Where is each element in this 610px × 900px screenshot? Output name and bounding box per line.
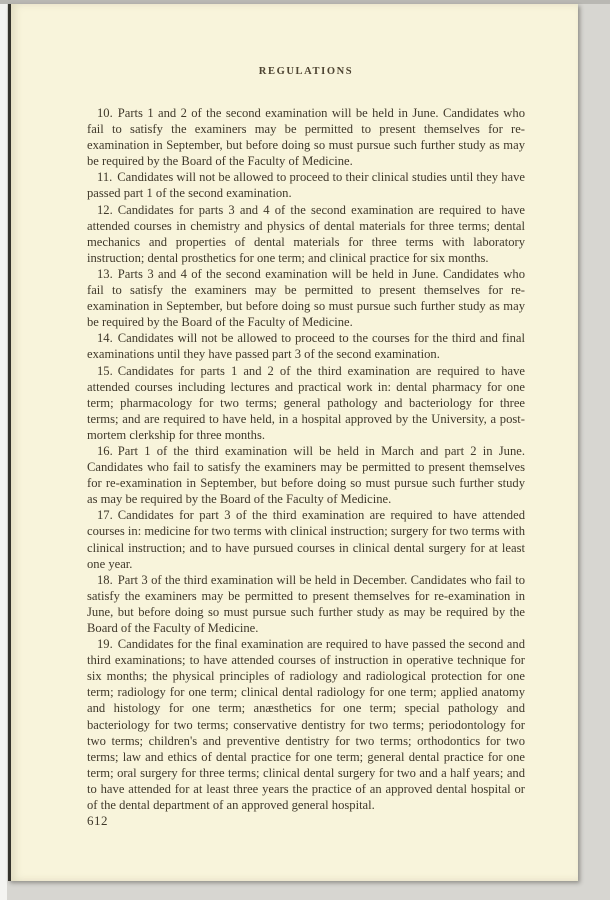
paragraph-text: Parts 3 and 4 of the second examination … [87, 267, 525, 329]
regulation-paragraph-11: 11.Candidates will not be allowed to pro… [87, 169, 525, 201]
paragraph-text: Parts 1 and 2 of the second examination … [87, 106, 525, 168]
paragraph-text: Candidates will not be allowed to procee… [87, 170, 525, 200]
paragraph-number: 19. [97, 637, 113, 651]
paragraph-number: 11. [97, 170, 112, 184]
regulation-paragraph-17: 17.Candidates for part 3 of the third ex… [87, 507, 525, 571]
paragraph-text: Candidates will not be allowed to procee… [87, 331, 525, 361]
regulation-paragraph-12: 12.Candidates for parts 3 and 4 of the s… [87, 202, 525, 266]
regulation-paragraph-10: 10.Parts 1 and 2 of the second examinati… [87, 105, 525, 169]
paragraph-number: 18. [97, 573, 113, 587]
book-page: REGULATIONS 10.Parts 1 and 2 of the seco… [8, 4, 578, 881]
paragraph-text: Candidates for the final examination are… [87, 637, 525, 812]
page-body: 10.Parts 1 and 2 of the second examinati… [87, 105, 525, 829]
regulation-paragraph-19: 19.Candidates for the final examination … [87, 636, 525, 813]
regulation-paragraph-15: 15.Candidates for parts 1 and 2 of the t… [87, 363, 525, 443]
paragraph-number: 12. [97, 203, 113, 217]
regulation-paragraph-14: 14.Candidates will not be allowed to pro… [87, 330, 525, 362]
paragraph-text: Part 1 of the third examination will be … [87, 444, 525, 506]
paragraph-number: 15. [97, 364, 113, 378]
regulation-paragraph-16: 16.Part 1 of the third examination will … [87, 443, 525, 507]
paragraph-number: 13. [97, 267, 113, 281]
paragraph-text: Part 3 of the third examination will be … [87, 573, 525, 635]
paragraph-text: Candidates for parts 1 and 2 of the thir… [87, 364, 525, 442]
page-number: 612 [87, 813, 525, 829]
paragraph-number: 17. [97, 508, 113, 522]
paragraph-number: 10. [97, 106, 113, 120]
regulation-paragraph-18: 18.Part 3 of the third examination will … [87, 572, 525, 636]
paragraph-text: Candidates for parts 3 and 4 of the seco… [87, 203, 525, 265]
page-header: REGULATIONS [87, 66, 525, 77]
regulation-paragraph-13: 13.Parts 3 and 4 of the second examinati… [87, 266, 525, 330]
paragraph-text: Candidates for part 3 of the third exami… [87, 508, 525, 570]
paragraph-number: 14. [97, 331, 113, 345]
paragraph-number: 16. [97, 444, 113, 458]
